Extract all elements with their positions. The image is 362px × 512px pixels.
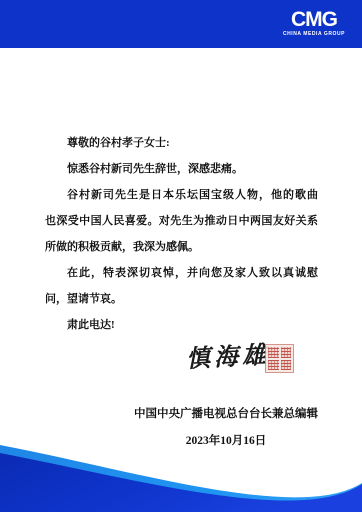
letter-line: 尊敬的谷村孝子女士: [45,130,318,156]
signature: 慎海雄 [185,335,265,379]
cmg-logo-text: CMG [283,10,345,30]
letter-line: 在此，特表深切哀悼，并向您及家人致以真诚慰 [45,260,318,286]
letter-line: 所做的积极贡献，我深为感佩。 [45,234,318,260]
letter-line: 谷村新司先生是日本乐坛国宝级人物，他的歌曲 [45,182,318,208]
bottom-wave [0,442,362,512]
signoff-title: 中国中央广播电视总台台长兼总编辑 [134,407,318,421]
top-banner: CMG CHINA MEDIA GROUP [0,0,362,48]
cmg-logo-subtext: CHINA MEDIA GROUP [283,31,345,37]
letter-body: 尊敬的谷村孝子女士:惊悉谷村新司先生辞世，深感悲痛。谷村新司先生是日本乐坛国宝级… [45,130,318,338]
letter-line: 惊悉谷村新司先生辞世，深感悲痛。 [45,156,318,182]
cmg-logo: CMG CHINA MEDIA GROUP [283,10,345,37]
letter-line: 问，望请节哀。 [45,286,318,312]
letter-line: 肃此电达! [45,312,318,338]
letter-line: 也深受中国人民喜爱。对先生为推动日中两国友好关系 [45,208,318,234]
signature-seal-icon [265,344,294,373]
